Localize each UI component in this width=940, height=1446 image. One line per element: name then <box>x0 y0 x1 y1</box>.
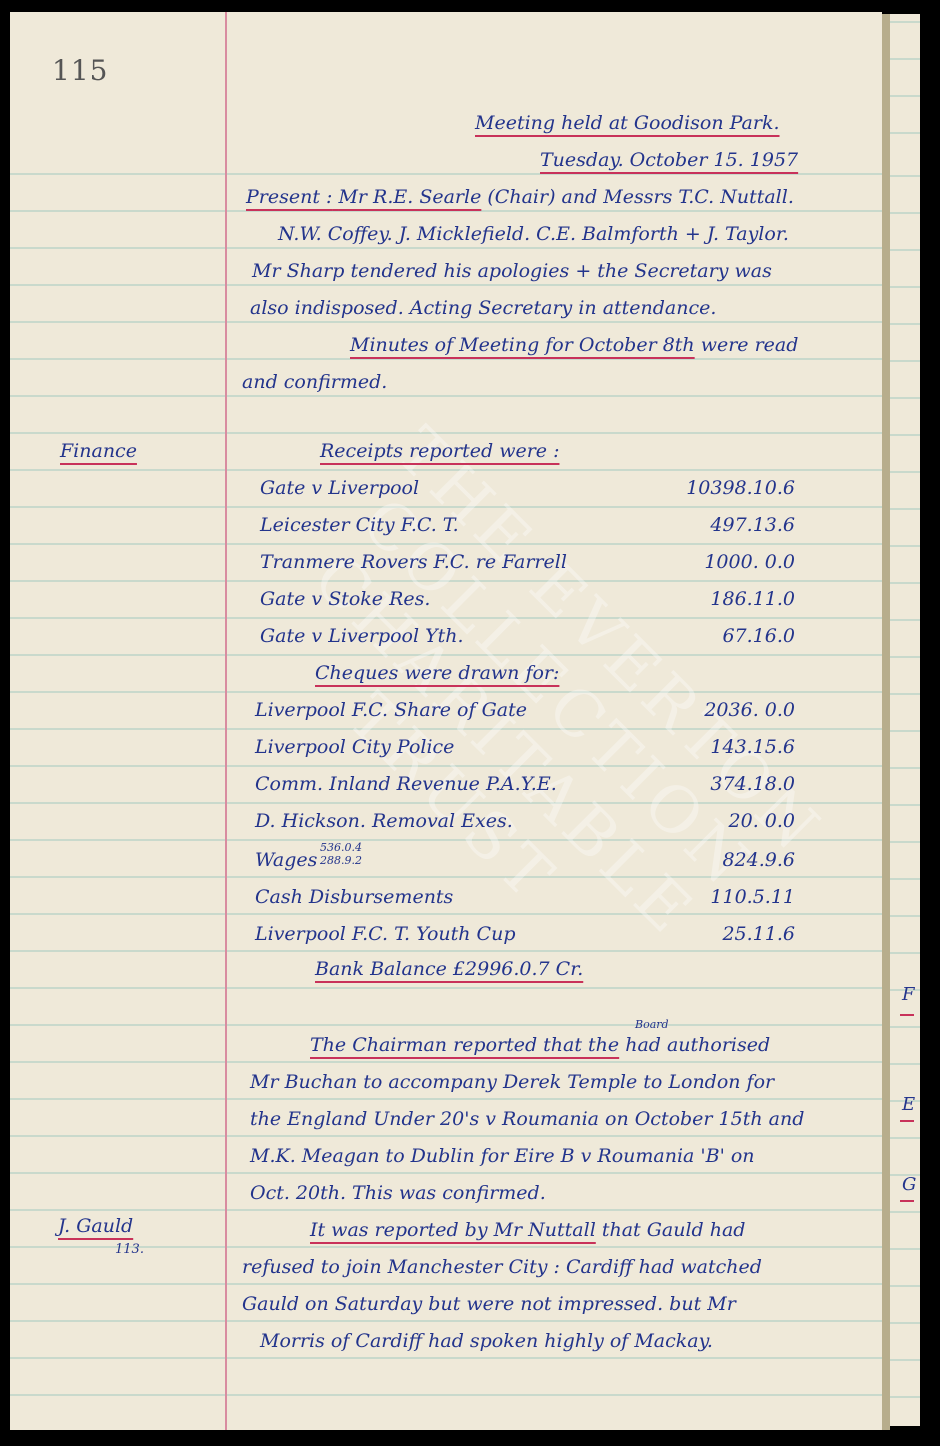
cheque-amount: 824.9.6 <box>665 849 795 871</box>
minutes-line-2: and confirmed. <box>242 371 387 393</box>
chairman-underlined: The Chairman reported that the <box>310 1034 619 1056</box>
cheque-item: Comm. Inland Revenue P.A.Y.E. <box>255 773 557 795</box>
present-line-1: Present : Mr R.E. Searle (Chair) and Mes… <box>246 186 794 208</box>
chairman-line-1: The Chairman reported that the had autho… <box>310 1034 770 1056</box>
present-line-2: N.W. Coffey. J. Micklefield. C.E. Balmfo… <box>278 223 789 245</box>
meeting-title: Meeting held at Goodison Park. <box>475 112 780 134</box>
receipt-item: Leicester City F.C. T. <box>260 514 459 536</box>
gauld-margin-ref: 113. <box>115 1242 144 1257</box>
next-page-edge: F E G <box>890 14 920 1426</box>
receipt-amount: 10398.10.6 <box>665 477 795 499</box>
receipt-item: Tranmere Rovers F.C. re Farrell <box>260 551 567 573</box>
bank-balance: Bank Balance £2996.0.7 Cr. <box>315 958 583 980</box>
wages-sub-1: 536.0.4 <box>320 841 362 854</box>
chairman-rest: had authorised <box>619 1034 770 1056</box>
cheque-item: Wages <box>255 849 317 871</box>
present-rest: (Chair) and Messrs T.C. Nuttall. <box>487 186 793 208</box>
receipt-amount: 1000. 0.0 <box>665 551 795 573</box>
gauld-line-4: Morris of Cardiff had spoken highly of M… <box>260 1330 713 1352</box>
board-insertion: Board <box>635 1018 669 1031</box>
receipt-amount: 186.11.0 <box>665 588 795 610</box>
chairman-line-4: M.K. Meagan to Dublin for Eire B v Rouma… <box>250 1145 755 1167</box>
receipt-amount: 67.16.0 <box>665 625 795 647</box>
chairman-line-5: Oct. 20th. This was confirmed. <box>250 1182 546 1204</box>
receipts-heading: Receipts reported were : <box>320 440 559 462</box>
chairman-line-2: Mr Buchan to accompany Derek Temple to L… <box>250 1071 774 1093</box>
present-label: Present : Mr R.E. Searle <box>246 186 481 208</box>
margin-rule <box>225 12 227 1430</box>
present-label-text: Present : <box>246 186 332 208</box>
gauld-line-1: It was reported by Mr Nuttall that Gauld… <box>310 1219 745 1241</box>
cheque-item: Cash Disbursements <box>255 886 453 908</box>
gauld-margin-label: J. Gauld <box>58 1215 133 1237</box>
cheque-amount: 374.18.0 <box>665 773 795 795</box>
next-page-fragment: G <box>902 1174 916 1195</box>
next-page-underline <box>900 1014 914 1016</box>
page-number: 115 <box>52 54 108 87</box>
chair-name: Mr R.E. Searle <box>338 186 481 208</box>
finance-margin-label: Finance <box>60 440 137 462</box>
cheque-amount: 20. 0.0 <box>665 810 795 832</box>
wages-sub-2: 288.9.2 <box>320 854 362 867</box>
gauld-rest: that Gauld had <box>596 1219 746 1241</box>
gauld-underlined: It was reported by Mr Nuttall <box>310 1219 596 1241</box>
next-page-underline <box>900 1120 914 1122</box>
receipt-item: Gate v Liverpool Yth. <box>260 625 464 647</box>
receipt-amount: 497.13.6 <box>665 514 795 536</box>
receipt-item: Gate v Stoke Res. <box>260 588 430 610</box>
cheque-item: Liverpool City Police <box>255 736 454 758</box>
apologies-line-1: Mr Sharp tendered his apologies + the Se… <box>252 260 772 282</box>
next-page-fragment: E <box>902 1094 915 1115</box>
apologies-line-2: also indisposed. Acting Secretary in att… <box>250 297 716 319</box>
meeting-date: Tuesday. October 15. 1957 <box>540 149 798 171</box>
minutes-underlined: Minutes of Meeting for October 8th <box>350 334 695 356</box>
cheques-heading: Cheques were drawn for: <box>315 662 559 684</box>
cheque-item: D. Hickson. Removal Exes. <box>255 810 513 832</box>
cheque-amount: 2036. 0.0 <box>665 699 795 721</box>
minutes-line-1: Minutes of Meeting for October 8th were … <box>350 334 798 356</box>
chairman-line-3: the England Under 20's v Roumania on Oct… <box>250 1108 804 1130</box>
next-page-underline <box>900 1200 914 1202</box>
gauld-line-2: refused to join Manchester City : Cardif… <box>242 1256 762 1278</box>
gauld-line-3: Gauld on Saturday but were not impressed… <box>242 1293 736 1315</box>
cheque-item: Liverpool F.C. Share of Gate <box>255 699 527 721</box>
receipt-item: Gate v Liverpool <box>260 477 419 499</box>
minutes-rest: were read <box>695 334 799 356</box>
book-gutter <box>882 14 890 1430</box>
cheque-amount: 110.5.11 <box>665 886 795 908</box>
ledger-page: THE EVERTON COLLECTION CHARITABLE TRUST … <box>10 12 882 1430</box>
cheque-amount: 25.11.6 <box>665 923 795 945</box>
cheque-item: Liverpool F.C. T. Youth Cup <box>255 923 516 945</box>
cheque-amount: 143.15.6 <box>665 736 795 758</box>
next-page-fragment: F <box>902 984 915 1005</box>
